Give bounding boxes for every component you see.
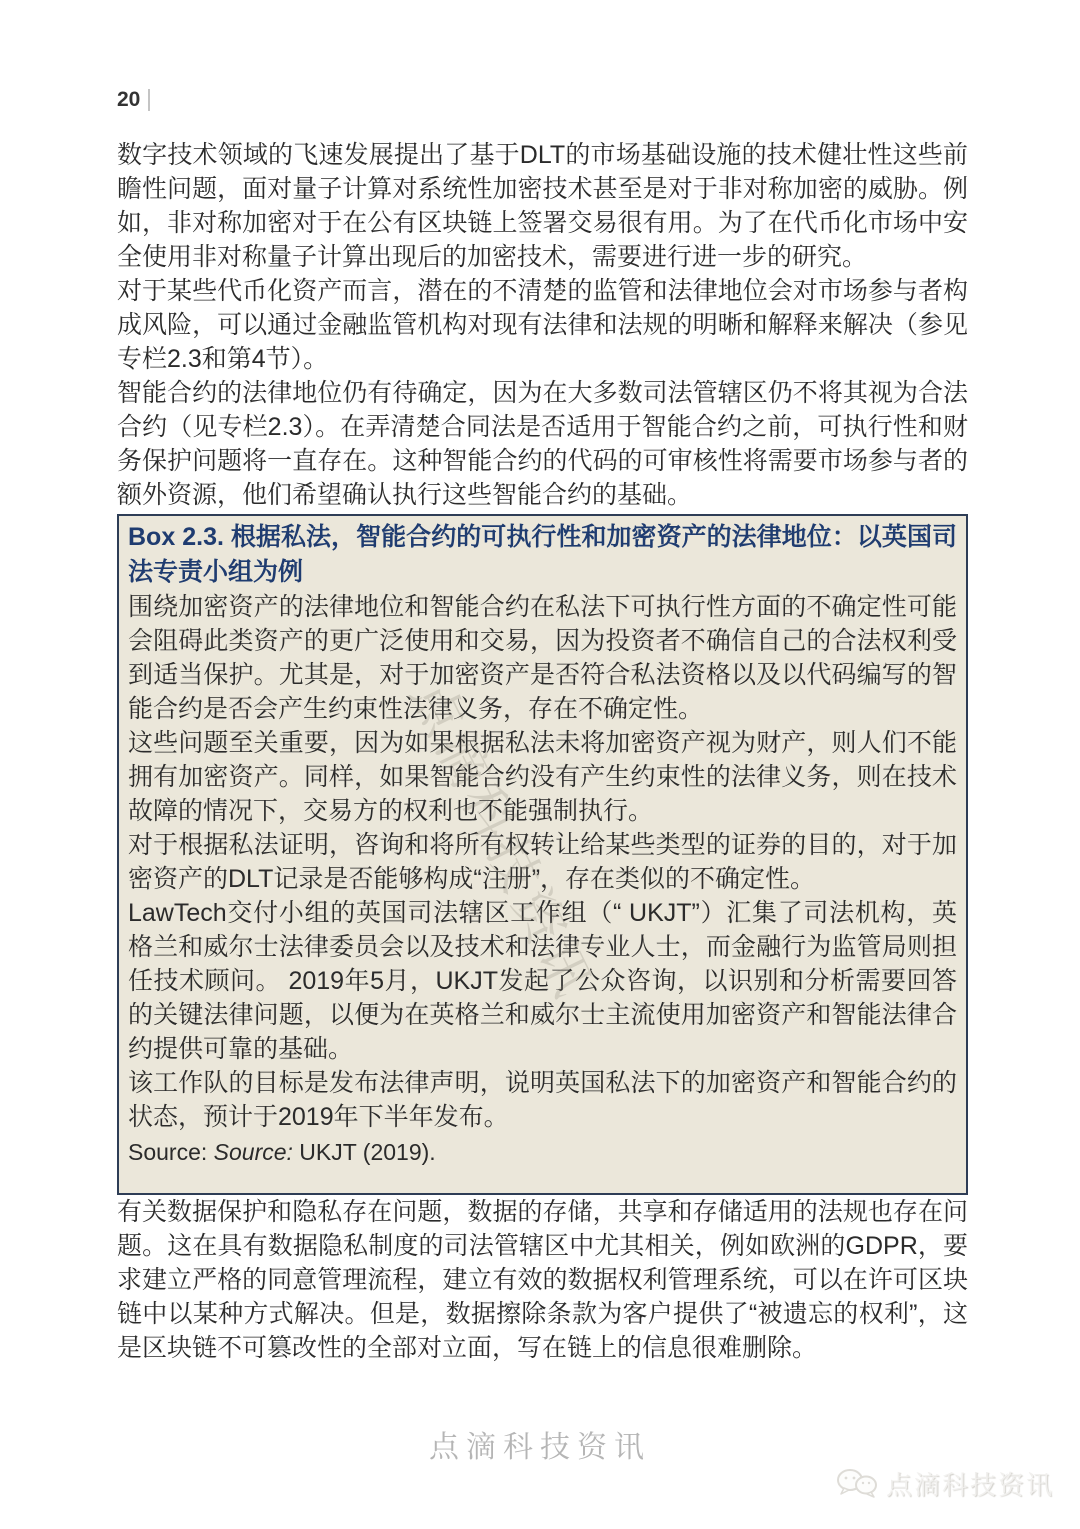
paragraph-smart-contract-status: 智能合约的法律地位仍有待确定，因为在大多数司法管辖区仍不将其视为合法合约（见专栏…: [117, 376, 968, 512]
closing-section: 有关数据保护和隐私存在问题，数据的存储，共享和存储适用的法规也存在问题。这在具有…: [117, 1195, 968, 1365]
page-number-divider: [148, 89, 150, 111]
wechat-icon: [836, 1467, 880, 1501]
box-paragraph-property: 这些问题至关重要，因为如果根据私法未将加密资产视为财产，则人们不能拥有加密资产。…: [128, 726, 957, 828]
center-watermark: 点滴科技资讯: [0, 1422, 1080, 1466]
source-citation: UKJT (2019).: [293, 1139, 436, 1165]
intro-paragraphs: 数字技术领域的飞速发展提出了基于DLT的市场基础设施的技术健壮性这些前瞻性问题，…: [117, 138, 968, 512]
paragraph-tokenized-assets: 对于某些代币化资产而言，潜在的不清楚的监管和法律地位会对市场参与者构成风险，可以…: [117, 274, 968, 376]
source-label: Source:: [128, 1139, 214, 1165]
box-paragraph-dlt-register: 对于根据私法证明，咨询和将所有权转让给某些类型的证券的目的，对于加密资产的DLT…: [128, 828, 957, 896]
brand-text: 点滴科技资讯: [886, 1465, 1054, 1502]
box-paragraph-legal-statement: 该工作队的目标是发布法律声明，说明英国私法下的加密资产和智能合约的状态，预计于2…: [128, 1066, 957, 1134]
document-page: 20 数字技术领域的飞速发展提出了基于DLT的市场基础设施的技术健壮性这些前瞻性…: [0, 0, 1080, 1529]
page-number: 20: [117, 88, 968, 112]
box-source-line: Source: Source: UKJT (2019).: [128, 1136, 957, 1168]
paragraph-dlt-robustness: 数字技术领域的飞速发展提出了基于DLT的市场基础设施的技术健壮性这些前瞻性问题，…: [117, 138, 968, 274]
paragraph-data-privacy-gdpr: 有关数据保护和隐私存在问题，数据的存储，共享和存储适用的法规也存在问题。这在具有…: [117, 1195, 968, 1365]
box-title: Box 2.3. 根据私法，智能合约的可执行性和加密资产的法律地位：以英国司法专…: [128, 520, 957, 590]
page-number-value: 20: [117, 88, 140, 112]
box-paragraph-uncertainty: 围绕加密资产的法律地位和智能合约在私法下可执行性方面的不确定性可能会阻碍此类资产…: [128, 590, 957, 726]
box-2-3: Box 2.3. 根据私法，智能合约的可执行性和加密资产的法律地位：以英国司法专…: [117, 514, 968, 1195]
brand-logo: 点滴科技资讯: [836, 1465, 1054, 1502]
page-content: 20 数字技术领域的飞速发展提出了基于DLT的市场基础设施的技术健壮性这些前瞻性…: [117, 88, 968, 1365]
source-label-italic: Source:: [214, 1139, 293, 1165]
box-paragraph-lawtech-ukjt: LawTech交付小组的英国司法辖区工作组（“ UKJT”）汇集了司法机构，英格…: [128, 896, 957, 1066]
